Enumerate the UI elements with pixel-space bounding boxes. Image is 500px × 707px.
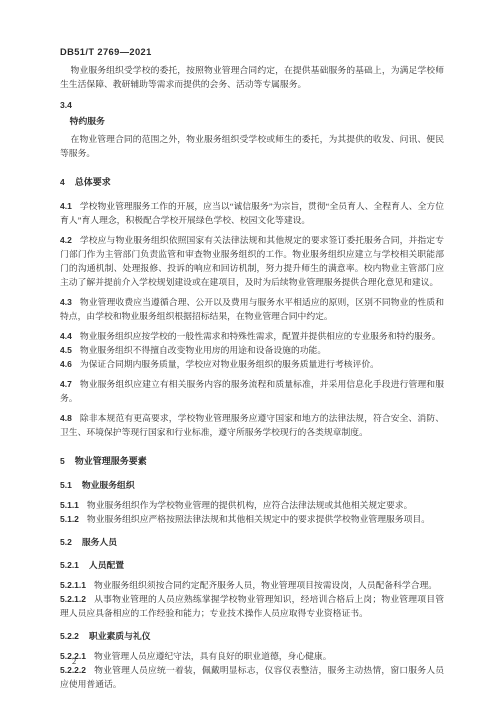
clause-paragraph: 5.2.2.2物业管理人员应统一着装，佩戴明显标志，仪容仪表整洁，服务主动热情，… — [60, 663, 444, 691]
clause-number: 5.2.2.2 — [60, 665, 86, 675]
clause-number: 5.2.2 — [60, 631, 79, 641]
clause-number: 5.2.1.1 — [60, 580, 86, 590]
clause-paragraph: 4.1学校物业管理服务工作的开展，应当以“诚信服务”为宗旨，贯彻“全员育人、全程… — [60, 199, 444, 227]
clause-text: 物业服务组织应严格按照法律法规和其他相关规定中的要求提供学校物业管理服务项目。 — [87, 514, 430, 524]
clause-text: 物业服务组织 — [82, 480, 135, 490]
clause-paragraph: 5.2.2.1物业管理人员应遵纪守法，具有良好的职业道德，身心健康。 — [60, 649, 444, 663]
clause-number: 4.2 — [60, 235, 72, 245]
clause-paragraph: 5.2.1.2从事物业管理的人员应熟练掌握学校物业管理知识，经培训合格后上岗；物… — [60, 592, 444, 620]
clause-paragraph: 4.5物业服务组织不得擅自改变物业用房的用途和设备设施的功能。 — [60, 343, 444, 357]
clause-text: 人员配置 — [89, 560, 124, 570]
clause-text: 除非本规范有更高要求，学校物业管理服务应遵守国家和地方的法律法规，符合安全、消防… — [60, 413, 444, 437]
clause-text: 为保证合同期内服务质量，学校应对物业服务组织的服务质量进行考核评价。 — [80, 359, 379, 369]
clause-text: 职业素质与礼仪 — [89, 631, 151, 641]
clause-text: 物业管理人员应遵纪守法，具有良好的职业道德，身心健康。 — [94, 651, 332, 661]
clause-text: 物业管理人员应统一着装，佩戴明显标志，仪容仪表整洁，服务主动热情，窗口服务人员应… — [60, 665, 444, 689]
section-heading: 4总体要求 — [60, 175, 444, 189]
subsection-heading: 5.2.2职业素质与礼仪 — [60, 629, 444, 643]
clause-paragraph: 4.6为保证合同期内服务质量，学校应对物业服务组织的服务质量进行考核评价。 — [60, 357, 444, 371]
subsection-heading: 5.2服务人员 — [60, 535, 444, 549]
subsection-heading: 5.1物业服务组织 — [60, 478, 444, 492]
clause-text: 物业管理收费应当遵循合理、公开以及费用与服务水平相适应的原则，区别不同物业的性质… — [60, 297, 444, 321]
clause-paragraph: 4.8除非本规范有更高要求，学校物业管理服务应遵守国家和地方的法律法规，符合安全… — [60, 411, 444, 439]
clause-number: 4.3 — [60, 297, 72, 307]
term-clause-number: 3.4 — [60, 98, 444, 112]
clause-number: 5.1 — [60, 480, 72, 490]
clause-text: 物业服务组织不得擅自改变物业用房的用途和设备设施的功能。 — [80, 345, 326, 355]
clause-number: 5.2 — [60, 537, 72, 547]
clause-text: 服务人员 — [82, 537, 117, 547]
document-page: DB51/T 2769—2021 物业服务组织受学校的委托，按照物业管理合同约定… — [0, 0, 500, 707]
document-content: DB51/T 2769—2021 物业服务组织受学校的委托，按照物业管理合同约定… — [60, 46, 444, 691]
document-body: 物业服务组织受学校的委托，按照物业管理合同约定，在提供基础服务的基础上，为满足学… — [60, 63, 444, 691]
clause-number: 4.7 — [60, 379, 72, 389]
clause-number: 4 — [60, 177, 65, 187]
section-heading: 5物业管理服务要素 — [60, 454, 444, 468]
clause-text: 从事物业管理的人员应熟练掌握学校物业管理知识，经培训合格后上岗；物业管理项目管理… — [60, 594, 444, 618]
clause-text: 物业管理服务要素 — [75, 456, 147, 466]
term-title: 特约服务 — [70, 114, 444, 128]
clause-text: 学校物业管理服务工作的开展，应当以“诚信服务”为宗旨，贯彻“全员育人、全程育人、… — [60, 201, 444, 225]
clause-number: 4.5 — [60, 345, 72, 355]
clause-number: 4.6 — [60, 359, 72, 369]
clause-paragraph: 4.4物业服务组织应按学校的一般性需求和特殊性需求，配置并提供相应的专业服务和特… — [60, 329, 444, 343]
clause-text: 物业服务组织作为学校物业管理的提供机构，应符合法律法规或其他相关规定要求。 — [87, 500, 413, 510]
clause-number: 4.1 — [60, 201, 72, 211]
clause-paragraph: 4.7物业服务组织应建立有相关服务内容的服务流程和质量标准，并采用信息化手段进行… — [60, 377, 444, 405]
clause-number: 5.2.1 — [60, 560, 79, 570]
clause-text: 物业服务组织应建立有相关服务内容的服务流程和质量标准，并采用信息化手段进行管理和… — [60, 379, 444, 403]
clause-paragraph: 4.2学校应与物业服务组织依照国家有关法律法规和其他规定的要求签订委托服务合同，… — [60, 233, 444, 289]
clause-paragraph: 5.1.1物业服务组织作为学校物业管理的提供机构，应符合法律法规或其他相关规定要… — [60, 498, 444, 512]
clause-number: 4.4 — [60, 331, 72, 341]
clause-number: 5.1.2 — [60, 514, 79, 524]
clause-text: 学校应与物业服务组织依照国家有关法律法规和其他规定的要求签订委托服务合同，并指定… — [60, 235, 444, 287]
document-paragraph: 物业服务组织受学校的委托，按照物业管理合同约定，在提供基础服务的基础上，为满足学… — [60, 63, 444, 91]
clause-number: 5 — [60, 456, 65, 466]
clause-text: 总体要求 — [75, 177, 111, 187]
clause-paragraph: 4.3物业管理收费应当遵循合理、公开以及费用与服务水平相适应的原则，区别不同物业… — [60, 295, 444, 323]
subsection-heading: 5.2.1人员配置 — [60, 558, 444, 572]
document-standard-number: DB51/T 2769—2021 — [60, 46, 444, 58]
clause-paragraph: 5.1.2物业服务组织应严格按照法律法规和其他相关规定中的要求提供学校物业管理服… — [60, 512, 444, 526]
clause-text: 物业服务组织须按合同约定配齐服务人员，物业管理项目按需设岗，人员配备科学合理。 — [94, 580, 437, 590]
clause-text: 物业服务组织应按学校的一般性需求和特殊性需求，配置并提供相应的专业服务和特约服务… — [80, 331, 441, 341]
page-number: 2 — [72, 656, 76, 666]
clause-number: 5.2.1.2 — [60, 594, 86, 604]
clause-paragraph: 5.2.1.1物业服务组织须按合同约定配齐服务人员，物业管理项目按需设岗，人员配… — [60, 578, 444, 592]
clause-number: 4.8 — [60, 413, 72, 423]
document-paragraph: 在物业管理合同的范围之外，物业服务组织受学校或师生的委托，为其提供的收发、问讯、… — [60, 132, 444, 160]
clause-number: 5.1.1 — [60, 500, 79, 510]
